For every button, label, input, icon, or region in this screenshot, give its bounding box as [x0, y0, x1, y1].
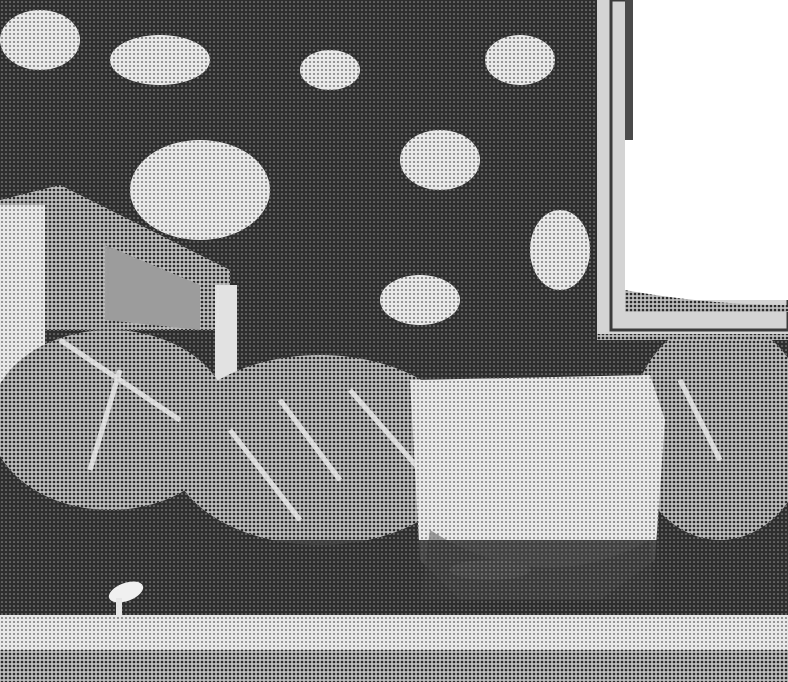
blank-inset-box — [597, 0, 788, 340]
newspaper-photo — [0, 0, 788, 682]
